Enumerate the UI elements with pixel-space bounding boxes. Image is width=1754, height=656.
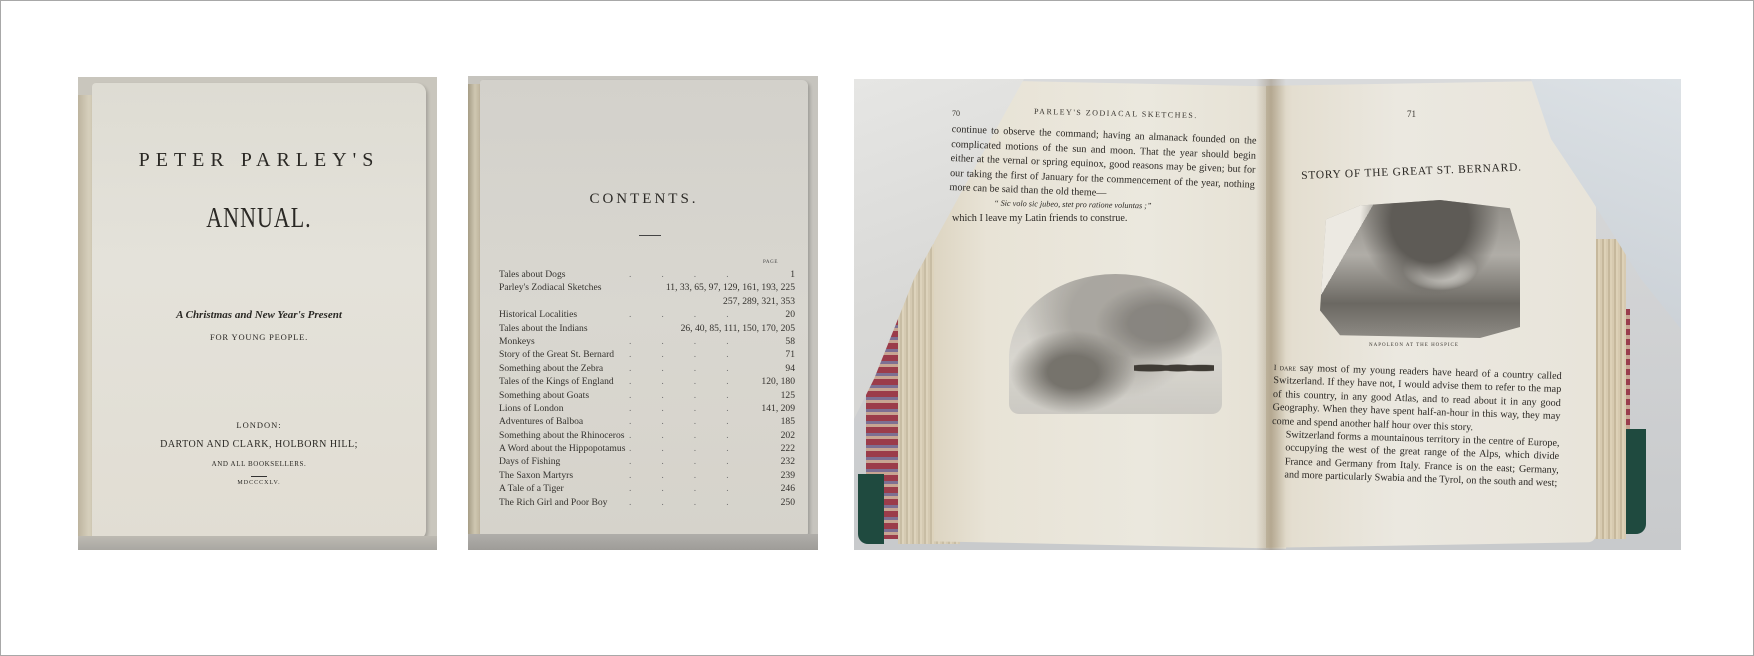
contents-entry-pages: 120, 180 — [761, 375, 795, 388]
contents-entry-title: A Tale of a Tiger — [499, 482, 564, 495]
contents-rule — [639, 235, 661, 236]
title-page-publisher: DARTON AND CLARK, HOLBORN HILL; — [92, 439, 426, 450]
contents-entry-title: Something about the Rhinoceros — [499, 429, 625, 442]
contents-entry-title: Parley's Zodiacal Sketches — [499, 281, 601, 294]
contents-entry-pages: 1 — [790, 268, 795, 281]
contents-entry-title: Something about the Zebra — [499, 362, 603, 375]
contents-entry-pages: 26, 40, 85, 111, 150, 170, 205 — [681, 322, 795, 335]
contents-entry-title: The Saxon Martyrs — [499, 469, 573, 482]
contents-entry: Tales about the Indians26, 40, 85, 111, … — [499, 322, 795, 335]
title-page-title: ANNUAL. — [92, 201, 426, 235]
leader-dots: ....... — [629, 442, 755, 455]
contents-entry: Something about Goats.......125 — [499, 389, 795, 402]
right-page-text: I dare say most of my young readers have… — [1270, 361, 1562, 491]
photo-title-page: PETER PARLEY'S ANNUAL. A Christmas and N… — [78, 77, 437, 550]
contents-entry: Story of the Great St. Bernard.......71 — [499, 348, 795, 361]
leader-dots: ....... — [629, 362, 755, 375]
illustration-caption: NAPOLEON AT THE HOSPICE — [1369, 343, 1459, 348]
paragraph-2: Switzerland forms a mountainous territor… — [1270, 428, 1560, 491]
contents-entry-pages: 94 — [785, 362, 795, 375]
title-page-rule — [251, 476, 267, 477]
contents-page: CONTENTS. PAGE Tales about Dogs.......1P… — [480, 80, 808, 538]
surface-shadow — [78, 536, 437, 550]
photo-contents-page: CONTENTS. PAGE Tales about Dogs.......1P… — [468, 76, 818, 550]
title-page-sellers: AND ALL BOOKSELLERS. — [92, 460, 426, 468]
leader-dots: ....... — [629, 375, 755, 388]
contents-entry: Something about the Rhinoceros.......202 — [499, 429, 795, 442]
leader-dots: ....... — [629, 402, 755, 415]
paragraph-1: say most of my young readers have heard … — [1272, 363, 1562, 433]
contents-entry-title: Tales about Dogs — [499, 268, 565, 281]
contents-entry: A Word about the Hippopotamus.......222 — [499, 442, 795, 455]
contents-entry: Adventures of Balboa.......185 — [499, 415, 795, 428]
contents-entry-title: The Rich Girl and Poor Boy — [499, 496, 607, 509]
contents-entry-pages: 125 — [781, 389, 795, 402]
leader-dots: ....... — [629, 415, 755, 428]
title-page-subtitle: A Christmas and New Year's Present — [92, 309, 426, 321]
hares-figures — [1134, 359, 1214, 377]
contents-entry-pages: 250 — [781, 496, 795, 509]
contents-entry: Parley's Zodiacal Sketches11, 33, 65, 97… — [499, 281, 795, 294]
binding-corner-left — [858, 474, 884, 544]
contents-entry: 257, 289, 321, 353 — [499, 295, 795, 308]
contents-entry-pages: 246 — [781, 482, 795, 495]
leader-dots: ....... — [629, 268, 755, 281]
leader-dots: ....... — [629, 348, 755, 361]
leader-dots: ....... — [629, 308, 755, 321]
leader-dots: ....... — [629, 389, 755, 402]
leader-dots: ....... — [629, 335, 755, 348]
left-page-text: continue to observe the command; having … — [949, 123, 1257, 208]
contents-list: Tales about Dogs.......1Parley's Zodiaca… — [499, 268, 795, 509]
contents-entry-title: Adventures of Balboa — [499, 415, 583, 428]
leader-dots: ....... — [629, 469, 755, 482]
title-page-place: LONDON: — [92, 420, 426, 430]
contents-entry: Lions of London.......141, 209 — [499, 402, 795, 415]
image-frame: PETER PARLEY'S ANNUAL. A Christmas and N… — [0, 0, 1754, 656]
contents-entry-pages: 185 — [781, 415, 795, 428]
leader-dots: ....... — [629, 496, 755, 509]
contents-entry-title: Story of the Great St. Bernard — [499, 348, 614, 361]
contents-entry-title: Tales about the Indians — [499, 322, 588, 335]
contents-entry-title: A Word about the Hippopotamus — [499, 442, 625, 455]
left-page-after-quote: which I leave my Latin friends to constr… — [952, 213, 1127, 224]
contents-entry: Monkeys.......58 — [499, 335, 795, 348]
leader-dots: ....... — [629, 455, 755, 468]
contents-entry-pages: 11, 33, 65, 97, 129, 161, 193, 225 — [666, 281, 795, 294]
surface-shadow — [468, 534, 818, 550]
dropcap-words: I dare — [1274, 363, 1297, 373]
contents-entry: A Tale of a Tiger.......246 — [499, 482, 795, 495]
contents-entry-title: Lions of London — [499, 402, 564, 415]
binding-corner-right — [1624, 429, 1646, 534]
contents-entry-title: Historical Localities — [499, 308, 577, 321]
contents-entry-pages: 71 — [785, 348, 795, 361]
contents-heading: CONTENTS. — [480, 191, 808, 208]
title-page-author: PETER PARLEY'S — [92, 149, 426, 172]
contents-entry-pages: 232 — [781, 455, 795, 468]
title-page-year: MDCCCXLV. — [92, 480, 426, 486]
contents-entry: Something about the Zebra.......94 — [499, 362, 795, 375]
left-page-number: 70 — [952, 109, 960, 118]
contents-entry-pages: 20 — [785, 308, 795, 321]
contents-entry-pages: 222 — [781, 442, 795, 455]
contents-entry: Historical Localities.......20 — [499, 308, 795, 321]
contents-entry: Tales about Dogs.......1 — [499, 268, 795, 281]
right-page-number: 71 — [1407, 109, 1416, 119]
contents-entry-title: Something about Goats — [499, 389, 589, 402]
contents-entry-pages: 202 — [781, 429, 795, 442]
contents-entry-pages: 141, 209 — [761, 402, 795, 415]
contents-entry: The Saxon Martyrs.......239 — [499, 469, 795, 482]
contents-entry-title: Tales of the Kings of England — [499, 375, 614, 388]
photo-open-book: 70 PARLEY'S ZODIACAL SKETCHES. continue … — [854, 79, 1681, 550]
leader-dots: ....... — [629, 482, 755, 495]
contents-entry-pages: 239 — [781, 469, 795, 482]
contents-entry-title: Monkeys — [499, 335, 535, 348]
contents-entry-pages: 257, 289, 321, 353 — [723, 295, 795, 308]
contents-entry: Tales of the Kings of England.......120,… — [499, 375, 795, 388]
contents-entry-pages: 58 — [785, 335, 795, 348]
napoleon-engraving — [1320, 200, 1520, 338]
contents-entry: The Rich Girl and Poor Boy.......250 — [499, 496, 795, 509]
contents-entry: Days of Fishing.......232 — [499, 455, 795, 468]
contents-entry-title: Days of Fishing — [499, 455, 560, 468]
title-page: PETER PARLEY'S ANNUAL. A Christmas and N… — [92, 83, 426, 540]
leader-dots: ....... — [629, 429, 755, 442]
title-page-audience: FOR YOUNG PEOPLE. — [92, 332, 426, 342]
contents-page-label: PAGE — [763, 260, 778, 265]
